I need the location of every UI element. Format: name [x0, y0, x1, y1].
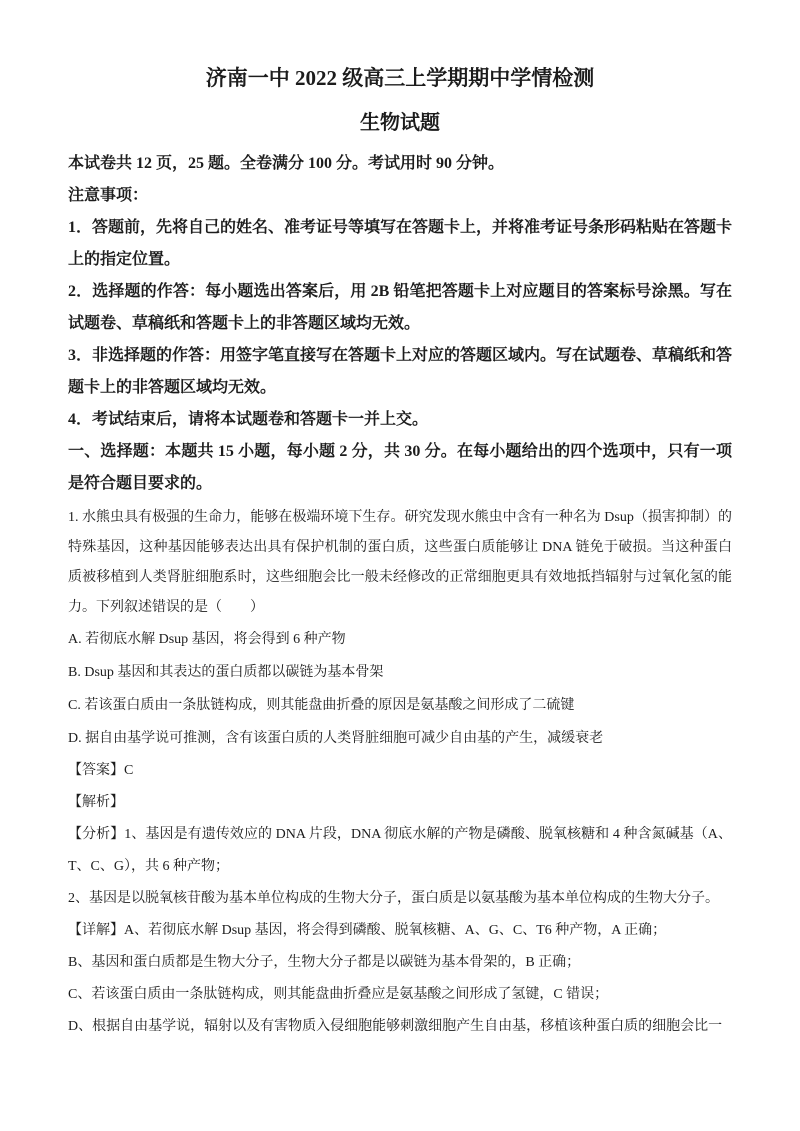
question-option-b: B. Dsup 基因和其表达的蛋白质都以碳链为基本骨架 [68, 656, 732, 689]
question-option-d: D. 据自由基学说可推测，含有该蛋白质的人类肾脏细胞可减少自由基的产生，减缓衰老 [68, 722, 732, 755]
exam-info-line: 本试卷共 12 页，25 题。全卷满分 100 分。考试用时 90 分钟。 [68, 148, 732, 180]
answer-line: 【答案】C [68, 755, 732, 787]
analysis-line-1: 【分析】1、基因是有遗传效应的 DNA 片段，DNA 彻底水解的产物是磷酸、脱氧… [68, 819, 732, 883]
analysis-line-4: B、基因和蛋白质都是生物大分子，生物大分子都是以碳链为基本骨架的，B 正确； [68, 947, 732, 979]
analysis-header: 【解析】 [68, 787, 732, 819]
page-subtitle: 生物试题 [68, 107, 732, 139]
notice-header: 注意事项： [68, 180, 732, 212]
question-option-c: C. 若该蛋白质由一条肽链构成，则其能盘曲折叠的原因是氨基酸之间形成了二硫键 [68, 689, 732, 722]
notice-item-4: 4．考试结束后，请将本试题卷和答题卡一并上交。 [68, 404, 732, 436]
section-header: 一、选择题：本题共 15 小题，每小题 2 分，共 30 分。在每小题给出的四个… [68, 436, 732, 500]
analysis-line-5: C、若该蛋白质由一条肽链构成，则其能盘曲折叠应是氨基酸之间形成了氢键，C 错误； [68, 979, 732, 1011]
exam-paper-page: 济南一中 2022 级高三上学期期中学情检测 生物试题 本试卷共 12 页，25… [0, 0, 800, 1131]
analysis-line-6: D、根据自由基学说，辐射以及有害物质入侵细胞能够刺激细胞产生自由基，移植该种蛋白… [68, 1011, 732, 1043]
question-option-a: A. 若彻底水解 Dsup 基因，将会得到 6 种产物 [68, 623, 732, 656]
notice-item-2: 2．选择题的作答：每小题选出答案后，用 2B 铅笔把答题卡上对应题目的答案标号涂… [68, 276, 732, 340]
notice-item-3: 3．非选择题的作答：用签字笔直接写在答题卡上对应的答题区域内。写在试题卷、草稿纸… [68, 340, 732, 404]
analysis-line-3: 【详解】A、若彻底水解 Dsup 基因，将会得到磷酸、脱氧核糖、A、G、C、T6… [68, 915, 732, 947]
analysis-line-2: 2、基因是以脱氧核苷酸为基本单位构成的生物大分子，蛋白质是以氨基酸为基本单位构成… [68, 883, 732, 915]
question-stem: 1. 水熊虫具有极强的生命力，能够在极端环境下生存。研究发现水熊虫中含有一种名为… [68, 503, 732, 623]
notice-item-1: 1．答题前，先将自己的姓名、准考证号等填写在答题卡上，并将准考证号条形码粘贴在答… [68, 212, 732, 276]
page-title: 济南一中 2022 级高三上学期期中学情检测 [68, 62, 732, 94]
question-1: 1. 水熊虫具有极强的生命力，能够在极端环境下生存。研究发现水熊虫中含有一种名为… [68, 503, 732, 1043]
